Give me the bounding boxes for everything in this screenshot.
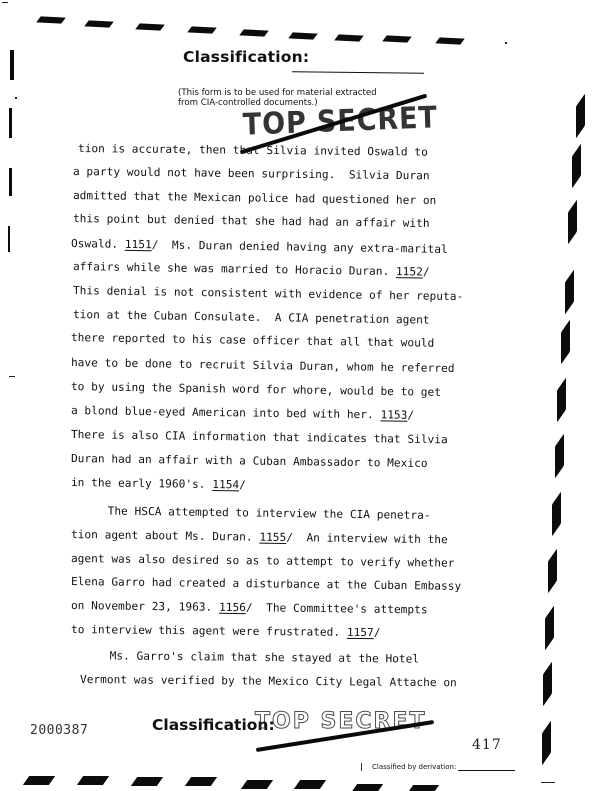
body-text-segment: tion agent about Ms. Duran. (71, 528, 260, 544)
classified-by-blank (458, 770, 515, 771)
body-line: This denial is not consistent with evide… (73, 284, 463, 303)
body-text-segment: affairs while she was married to Horacio… (73, 260, 396, 278)
body-line: on November 23, 1963. 1156/ The Committe… (71, 599, 428, 616)
body-line: there reported to his case officer that … (71, 331, 435, 350)
body-text-segment: in the early 1960's. (71, 476, 212, 491)
body-line: a party would not have been surprising. … (73, 165, 430, 182)
footnote-reference: 1157 (347, 626, 374, 639)
page-number: 417 (472, 737, 502, 753)
body-line: Ms. Garro's claim that she stayed at the… (76, 649, 419, 666)
form-note-line1: (This form is to be used for material ex… (178, 88, 438, 98)
body-line: admitted that the Mexican police had que… (73, 189, 437, 207)
footnote-reference: 1154 (212, 478, 239, 491)
body-text-segment: to interview this agent were frustrated. (71, 623, 347, 639)
body-line: Elena Garro had created a disturbance at… (71, 575, 461, 593)
classified-by-label: Classified by derivation: (372, 763, 456, 771)
footnote-reference: 1151 (125, 238, 152, 251)
body-text-segment: / An interview with the (286, 531, 448, 546)
body-text-segment: / (374, 626, 381, 639)
classified-by-text: Classified by derivation: (372, 763, 456, 771)
body-line: have to be done to recruit Silvia Duran,… (71, 356, 455, 375)
body-line: to by using the Spanish word for whore, … (71, 380, 441, 399)
top-secret-stamp-footer: TOP SECRET (255, 709, 427, 734)
body-line: tion is accurate, then that Silvia invit… (78, 142, 428, 159)
body-text-segment: Oswald. (71, 237, 125, 251)
footnote-reference: 1152 (396, 265, 423, 278)
header-classification-label: Classification: (183, 48, 309, 66)
body-line: The HSCA attempted to interview the CIA … (74, 504, 431, 522)
body-line: affairs while she was married to Horacio… (73, 260, 430, 279)
body-text-segment: a blond blue-eyed American into bed with… (71, 404, 381, 421)
body-text-segment: / The Committee's attempts (246, 601, 428, 616)
footer-tick-mark (361, 763, 362, 771)
body-line: in the early 1960's. 1154/ (71, 476, 246, 491)
header-classification-blank (292, 71, 424, 73)
body-text-segment: on November 23, 1963. (71, 599, 219, 614)
body-line: tion agent about Ms. Duran. 1155/ An int… (71, 528, 448, 546)
body-line: to interview this agent were frustrated.… (71, 623, 381, 639)
body-line: Oswald. 1151/ Ms. Duran denied having an… (71, 237, 448, 256)
body-line: a blond blue-eyed American into bed with… (71, 404, 414, 422)
body-line: There is also CIA information that indic… (71, 428, 448, 446)
footnote-reference: 1153 (380, 408, 407, 421)
body-text-segment: / (423, 265, 430, 278)
body-line: Vermont was verified by the Mexico City … (80, 673, 457, 689)
document-id: 2000387 (30, 723, 88, 738)
footnote-reference: 1156 (219, 601, 246, 614)
body-line: this point but denied that she had had a… (73, 212, 430, 230)
body-text-segment: / (239, 478, 246, 491)
body-text-segment: / (407, 409, 414, 422)
body-line: agent was also desired so as to attempt … (71, 552, 455, 570)
body-line: Duran had an affair with a Cuban Ambassa… (71, 452, 428, 470)
body-line: tion at the Cuban Consulate. A CIA penet… (73, 308, 430, 327)
document-page: Classification: (This form is to be used… (0, 0, 612, 791)
body-text-segment: / Ms. Duran denied having any extra-mari… (152, 238, 448, 256)
footnote-reference: 1155 (259, 531, 286, 544)
